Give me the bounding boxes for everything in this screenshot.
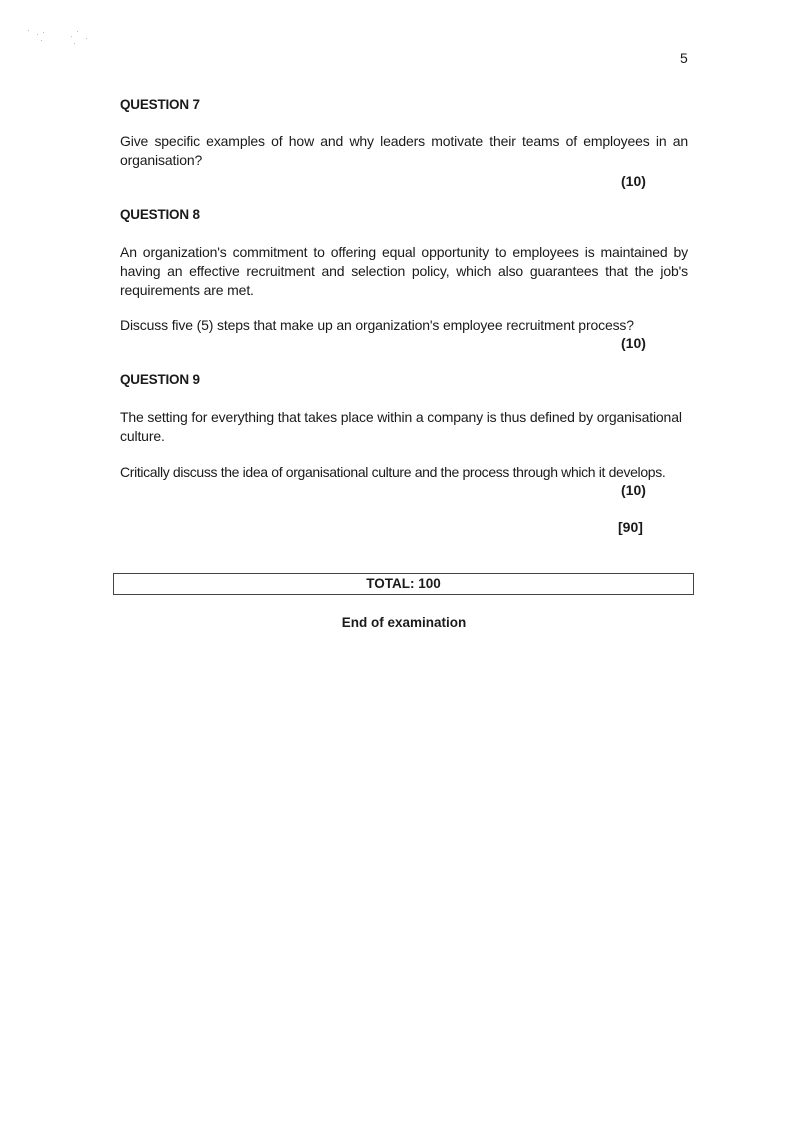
- question-9-marks: (10): [621, 482, 646, 498]
- question-9-task: Critically discuss the idea of organisat…: [120, 463, 688, 482]
- total-box: TOTAL: 100: [113, 573, 694, 595]
- question-8-context: An organization's commitment to offering…: [120, 243, 688, 300]
- question-9-heading: QUESTION 9: [120, 372, 200, 387]
- question-7-marks: (10): [621, 173, 646, 189]
- question-8-heading: QUESTION 8: [120, 207, 200, 222]
- question-7-heading: QUESTION 7: [120, 97, 200, 112]
- section-total: [90]: [618, 519, 643, 535]
- end-of-examination: End of examination: [0, 615, 794, 630]
- question-8-marks: (10): [621, 335, 646, 351]
- scan-artifacts: [25, 28, 95, 48]
- question-9-context: The setting for everything that takes pl…: [120, 408, 688, 446]
- question-7-text: Give specific examples of how and why le…: [120, 132, 688, 170]
- question-8-task: Discuss five (5) steps that make up an o…: [120, 316, 688, 335]
- page-number: 5: [680, 50, 688, 66]
